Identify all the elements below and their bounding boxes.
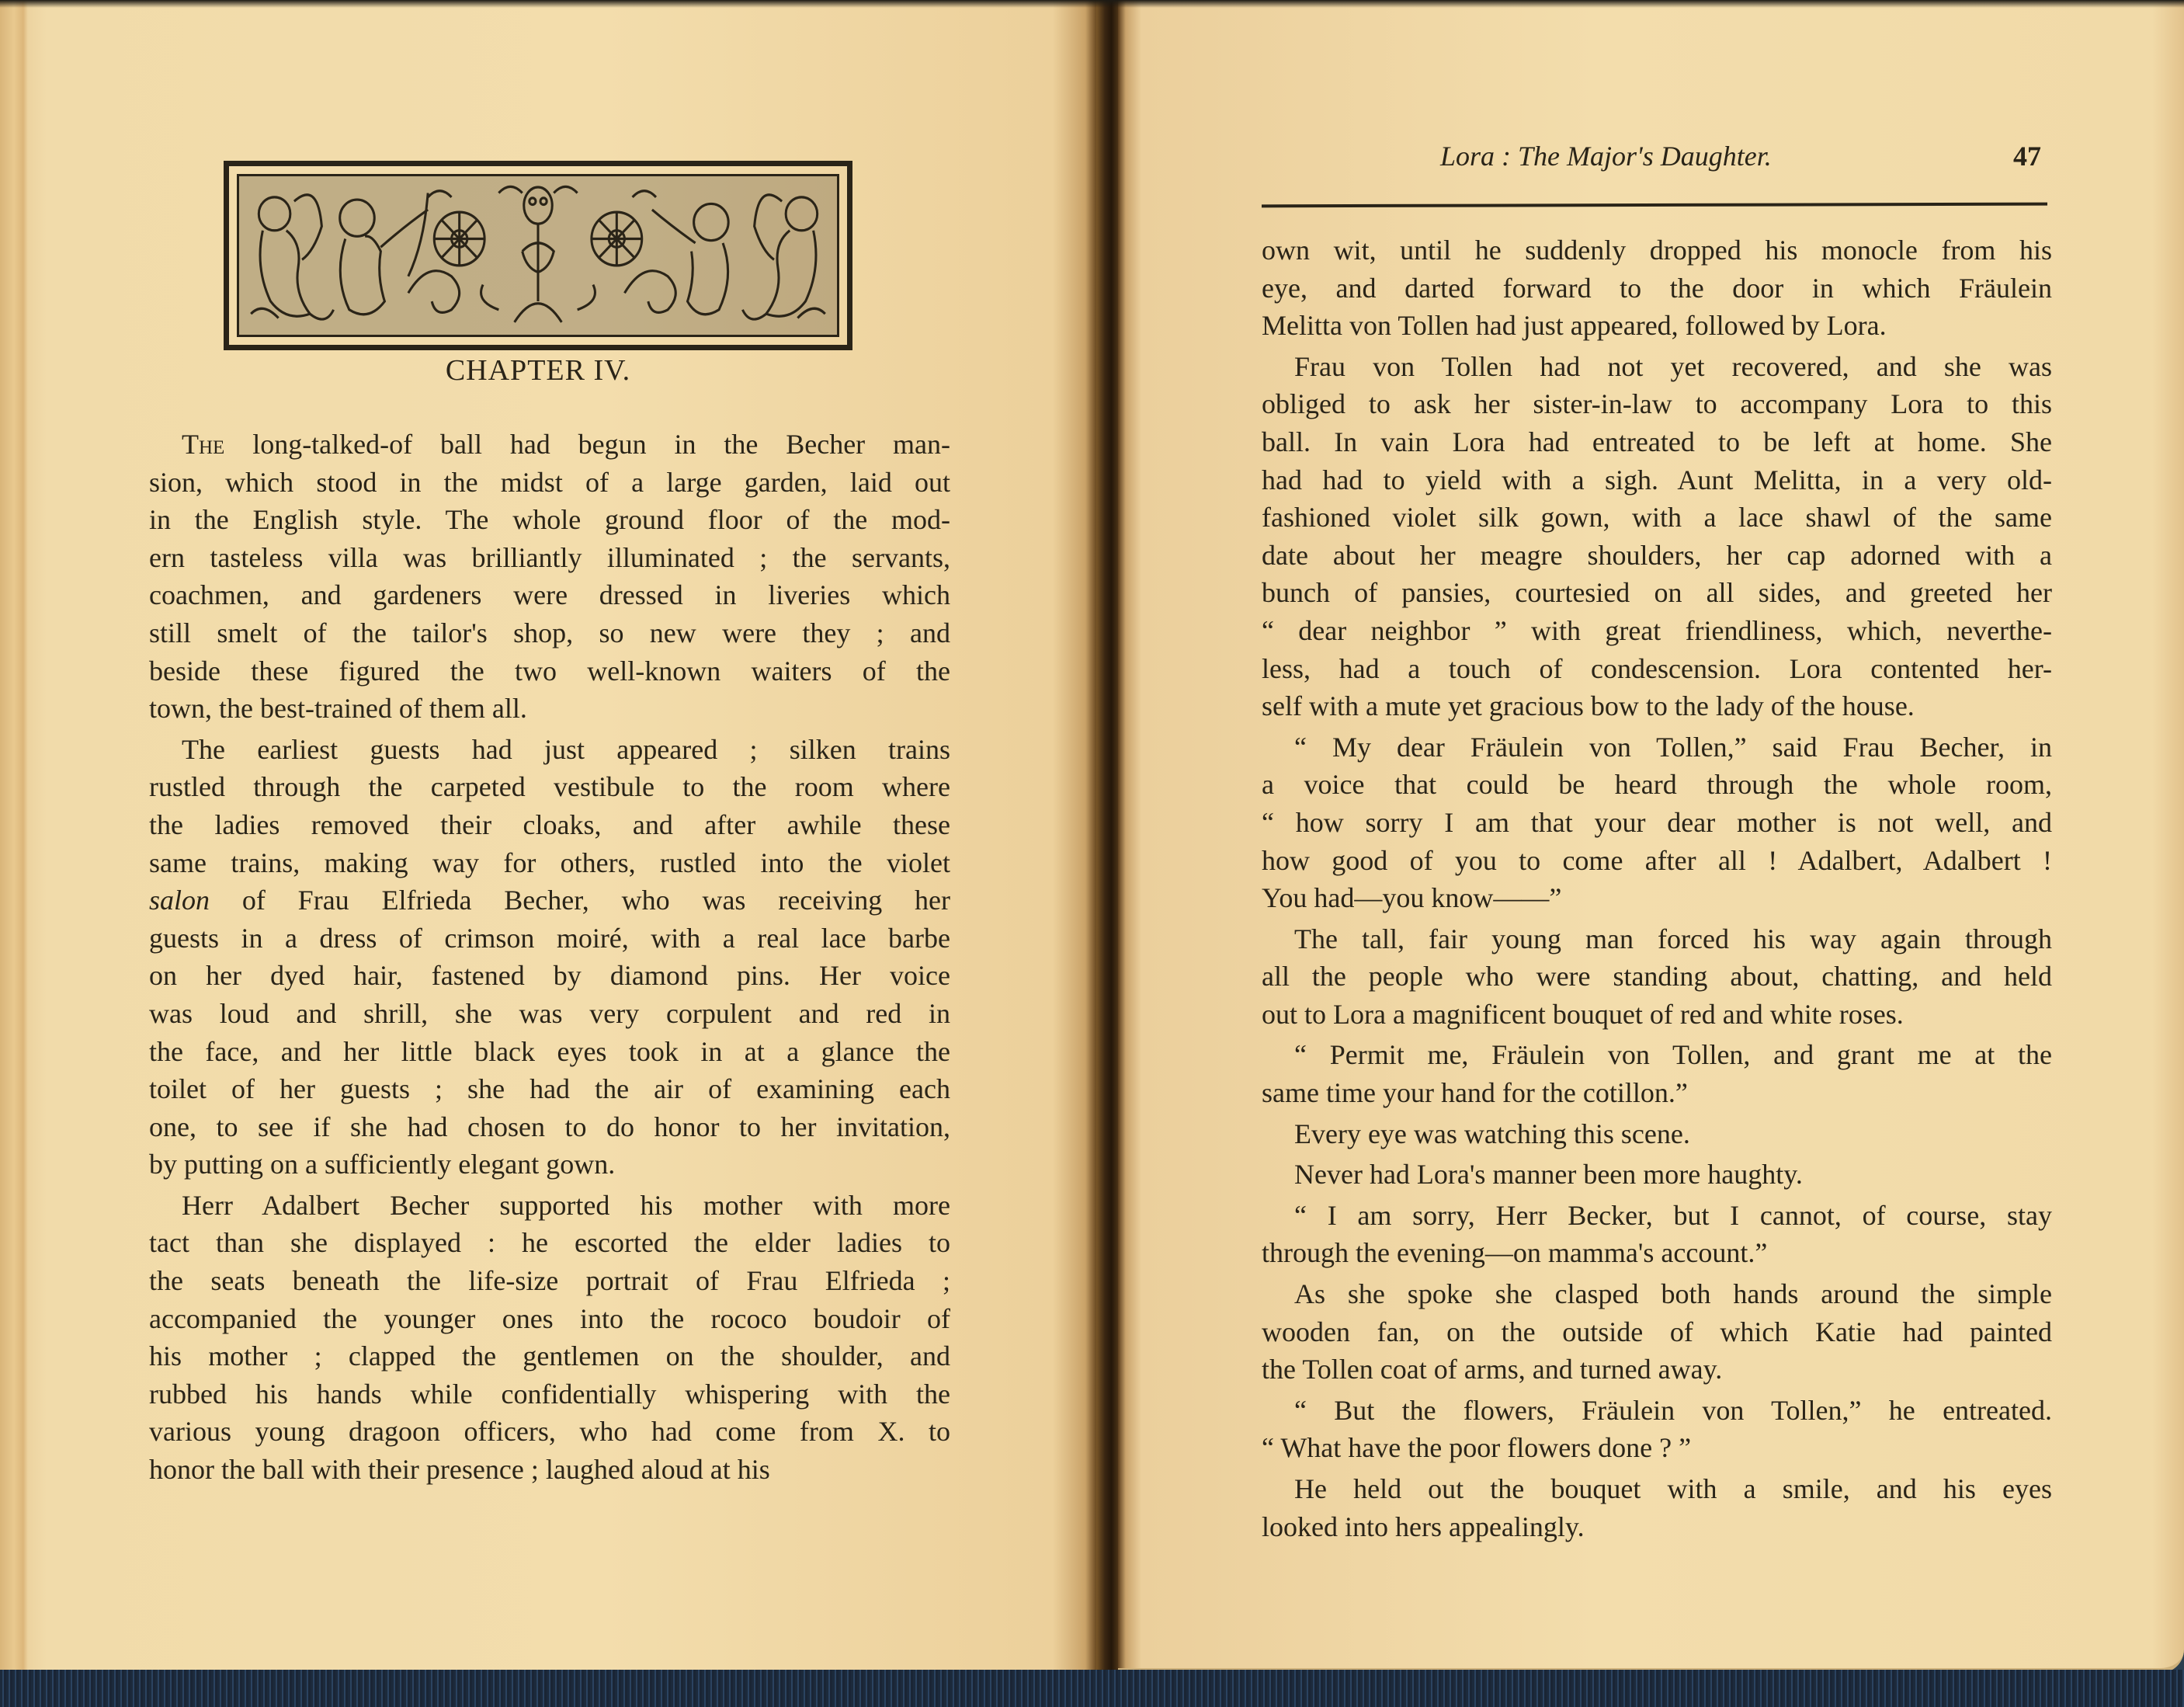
text-line: had had to yield with a sigh. Aunt Melit… bbox=[1262, 461, 2052, 499]
paragraph: Herr Adalbert Becher supported his mothe… bbox=[149, 1187, 950, 1489]
text-line: date about her meagre shoulders, her cap… bbox=[1262, 537, 2052, 575]
text-line: same trains, making way for others, rust… bbox=[149, 844, 950, 882]
paragraph: “ But the flowers, Fräulein von Tollen,”… bbox=[1262, 1392, 2052, 1467]
paragraph: As she spoke she clasped both hands arou… bbox=[1262, 1275, 2052, 1389]
chapter-headpiece-ornament bbox=[224, 161, 852, 350]
text-line: fashioned violet silk gown, with a lace … bbox=[1262, 499, 2052, 537]
text-line: a voice that could be heard through the … bbox=[1262, 766, 2052, 804]
text-line: the seats beneath the life-size portrait… bbox=[149, 1262, 950, 1300]
text-line: Every eye was watching this scene. bbox=[1262, 1115, 2052, 1153]
text-line: The long-talked-of ball had begun in the… bbox=[149, 426, 950, 464]
text-line: toilet of her guests ; she had the air o… bbox=[149, 1070, 950, 1108]
text-line: As she spoke she clasped both hands arou… bbox=[1262, 1275, 2052, 1313]
text-line: obliged to ask her sister-in-law to acco… bbox=[1262, 385, 2052, 423]
text-line: The earliest guests had just appeared ; … bbox=[149, 731, 950, 769]
text-line: tact than she displayed : he escorted th… bbox=[149, 1224, 950, 1262]
text-line: honor the ball with their presence ; lau… bbox=[149, 1451, 950, 1489]
paragraph: The long-talked-of ball had begun in the… bbox=[149, 426, 950, 728]
text-line: same time your hand for the cotillon.” bbox=[1262, 1074, 2052, 1112]
text-line: looked into hers appealingly. bbox=[1262, 1508, 2052, 1546]
text-line: guests in a dress of crimson moiré, with… bbox=[149, 920, 950, 958]
paragraph: own wit, until he suddenly dropped his m… bbox=[1262, 231, 2052, 345]
woodcut-illustration-icon bbox=[239, 176, 837, 335]
paragraph: Every eye was watching this scene. bbox=[1262, 1115, 2052, 1153]
text-line: rustled through the carpeted vestibule t… bbox=[149, 768, 950, 806]
text-line: sion, which stood in the midst of a larg… bbox=[149, 464, 950, 502]
text-line: the ladies removed their cloaks, and aft… bbox=[149, 806, 950, 844]
text-line: “ how sorry I am that your dear mother i… bbox=[1262, 804, 2052, 842]
paragraph: “ Permit me, Fräulein von Tollen, and gr… bbox=[1262, 1036, 2052, 1111]
text-line: by putting on a sufficiently elegant gow… bbox=[149, 1146, 950, 1184]
paragraph: The earliest guests had just appeared ; … bbox=[149, 731, 950, 1184]
top-edge-shadow bbox=[0, 0, 2184, 8]
text-line: in the English style. The whole ground f… bbox=[149, 501, 950, 539]
text-line: accompanied the younger ones into the ro… bbox=[149, 1300, 950, 1338]
text-line: Melitta von Tollen had just appeared, fo… bbox=[1262, 307, 2052, 345]
right-page-text: own wit, until he suddenly dropped his m… bbox=[1262, 231, 2052, 1545]
text-line: on her dyed hair, fastened by diamond pi… bbox=[149, 957, 950, 995]
text-line: bunch of pansies, courtesied on all side… bbox=[1262, 574, 2052, 612]
text-line: the Tollen coat of arms, and turned away… bbox=[1262, 1351, 2052, 1389]
text-line: still smelt of the tailor's shop, so new… bbox=[149, 614, 950, 652]
paragraph: “ I am sorry, Herr Becker, but I cannot,… bbox=[1262, 1197, 2052, 1272]
text-line: “ My dear Fräulein von Tollen,” said Fra… bbox=[1262, 728, 2052, 767]
text-line: He held out the bouquet with a smile, an… bbox=[1262, 1470, 2052, 1508]
text-line: less, had a touch of condescension. Lora… bbox=[1262, 650, 2052, 688]
text-line: own wit, until he suddenly dropped his m… bbox=[1262, 231, 2052, 269]
text-line: self with a mute yet gracious bow to the… bbox=[1262, 687, 2052, 725]
text-line: Never had Lora's manner been more haught… bbox=[1262, 1156, 2052, 1194]
text-line: various young dragoon officers, who had … bbox=[149, 1413, 950, 1451]
text-line: beside these figured the two well-known … bbox=[149, 652, 950, 690]
text-line: You had—you know——” bbox=[1262, 879, 2052, 917]
text-line: his mother ; clapped the gentlemen on th… bbox=[149, 1337, 950, 1375]
drop-word-smallcaps: The bbox=[182, 429, 224, 460]
text-line: out to Lora a magnificent bouquet of red… bbox=[1262, 996, 2052, 1034]
chapter-title: CHAPTER IV. bbox=[224, 353, 852, 388]
text-line: coachmen, and gardeners were dressed in … bbox=[149, 576, 950, 614]
text-line: “ I am sorry, Herr Becker, but I cannot,… bbox=[1262, 1197, 2052, 1235]
text-line: how good of you to come after all ! Adal… bbox=[1262, 842, 2052, 880]
text-line: through the evening—on mamma's account.” bbox=[1262, 1234, 2052, 1272]
text-line: rubbed his hands while confidentially wh… bbox=[149, 1375, 950, 1413]
text-line: salon of Frau Elfrieda Becher, who was r… bbox=[149, 881, 950, 920]
text-line: Frau von Tollen had not yet recovered, a… bbox=[1262, 348, 2052, 386]
text-line: town, the best-trained of them all. bbox=[149, 690, 950, 728]
page-number: 47 bbox=[2013, 140, 2041, 172]
running-head: Lora : The Major's Daughter. bbox=[1440, 140, 1772, 172]
book-gutter bbox=[1096, 0, 1118, 1687]
text-line: wooden fan, on the outside of which Kati… bbox=[1262, 1313, 2052, 1351]
text-line: eye, and darted forward to the door in w… bbox=[1262, 269, 2052, 308]
text-line: was loud and shrill, she was very corpul… bbox=[149, 995, 950, 1033]
paragraph: He held out the bouquet with a smile, an… bbox=[1262, 1470, 2052, 1545]
italic-word: salon bbox=[149, 885, 210, 916]
paragraph: The tall, fair young man forced his way … bbox=[1262, 920, 2052, 1034]
text-line: “ dear neighbor ” with great friendlines… bbox=[1262, 612, 2052, 650]
text-line: all the people who were standing about, … bbox=[1262, 958, 2052, 996]
paragraph: Never had Lora's manner been more haught… bbox=[1262, 1156, 2052, 1194]
text-line: one, to see if she had chosen to do hono… bbox=[149, 1108, 950, 1146]
text-line: “ Permit me, Fräulein von Tollen, and gr… bbox=[1262, 1036, 2052, 1074]
text-line: ball. In vain Lora had entreated to be l… bbox=[1262, 423, 2052, 461]
paragraph: Frau von Tollen had not yet recovered, a… bbox=[1262, 348, 2052, 725]
text-line: Herr Adalbert Becher supported his mothe… bbox=[149, 1187, 950, 1225]
text-line: the face, and her little black eyes took… bbox=[149, 1033, 950, 1071]
text-line: “ What have the poor flowers done ? ” bbox=[1262, 1429, 2052, 1467]
ornament-frame bbox=[237, 174, 839, 337]
text-line: The tall, fair young man forced his way … bbox=[1262, 920, 2052, 958]
text-line: “ But the flowers, Fräulein von Tollen,”… bbox=[1262, 1392, 2052, 1430]
text-line: ern tasteless villa was brilliantly illu… bbox=[149, 539, 950, 577]
paragraph: “ My dear Fräulein von Tollen,” said Fra… bbox=[1262, 728, 2052, 917]
book-cloth-binding bbox=[0, 1670, 2184, 1707]
left-page-text: The long-talked-of ball had begun in the… bbox=[149, 426, 950, 1489]
